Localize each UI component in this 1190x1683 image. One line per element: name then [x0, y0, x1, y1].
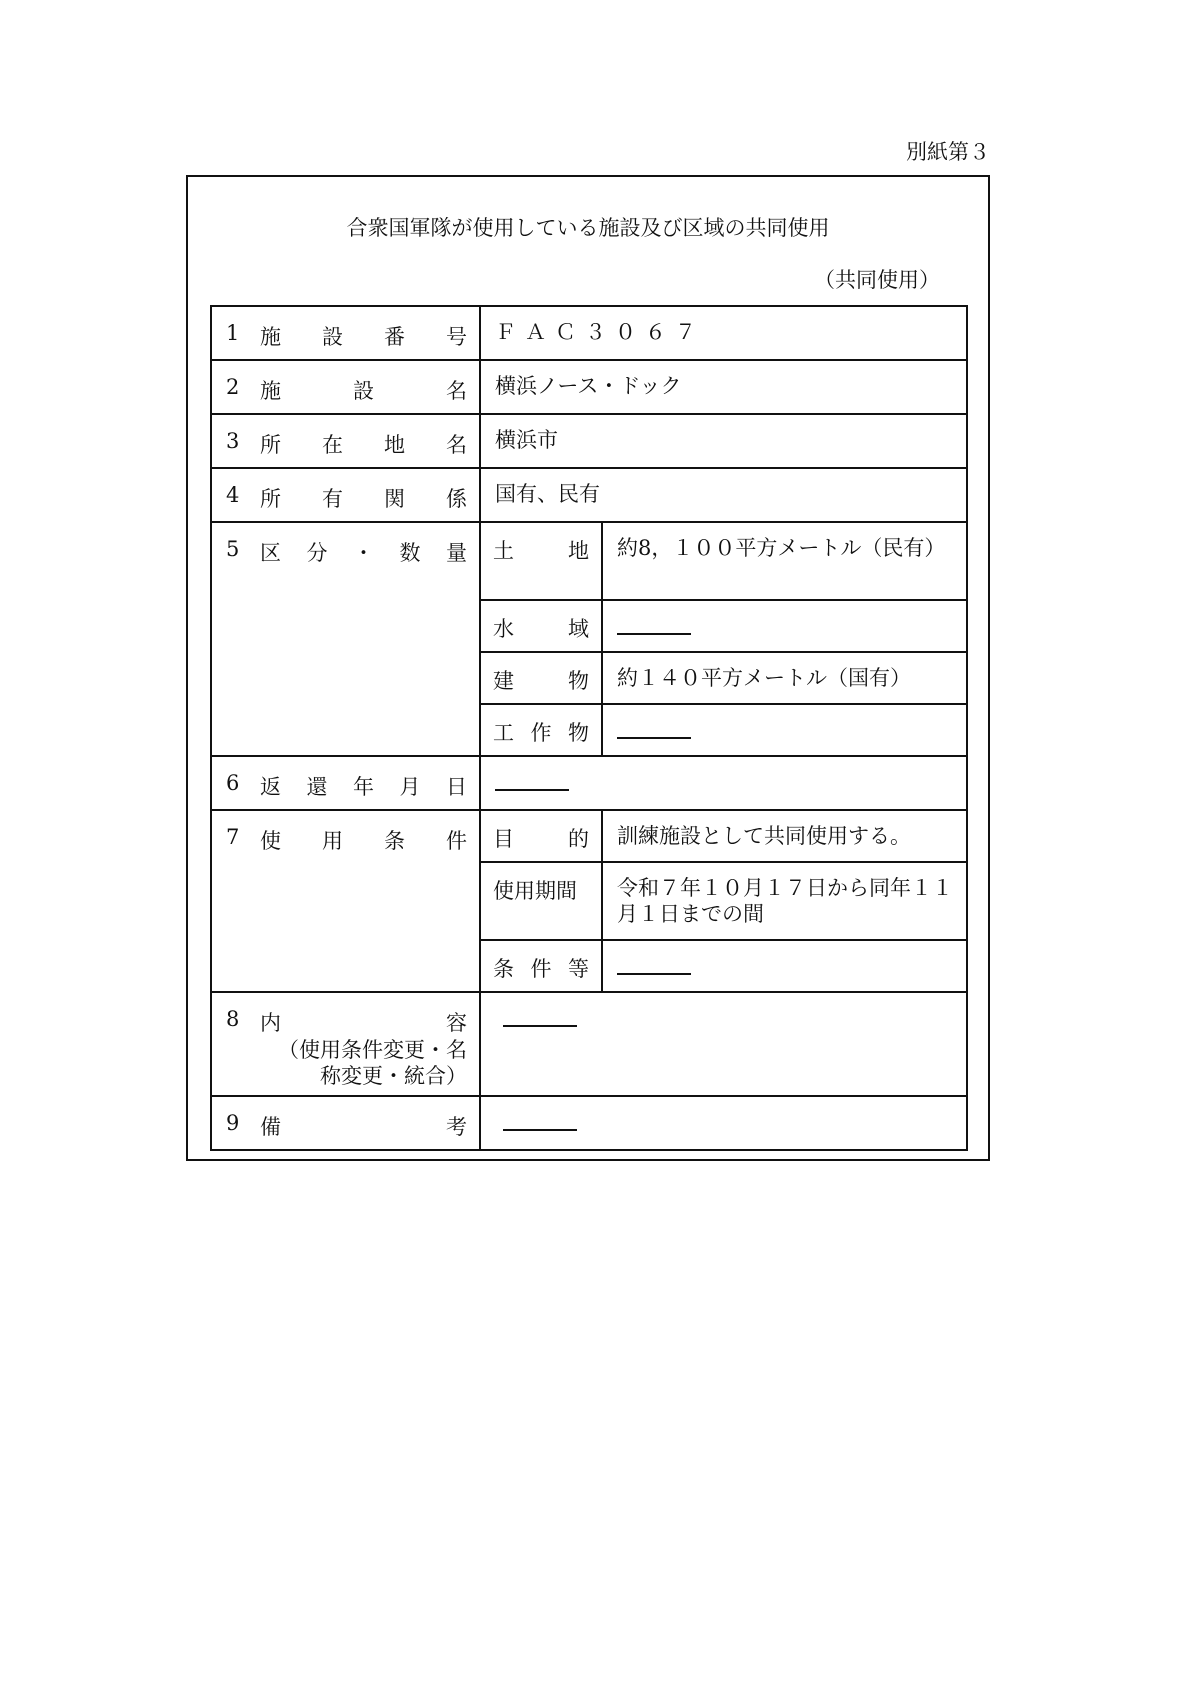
label-cell: 5 区分・数量: [211, 522, 480, 756]
label-char: 設: [353, 375, 374, 413]
label-char: 的: [568, 823, 589, 853]
building-value: 約１４０平方メートル（国有）: [603, 653, 966, 691]
label-char: 等: [568, 953, 589, 983]
label-char: 工: [493, 717, 514, 747]
label-char: 数: [400, 537, 421, 575]
label-cell: 8 内容 （使用条件変更・名称変更・統合）: [211, 992, 480, 1096]
label-char: 日: [446, 771, 467, 809]
row-number: 9: [226, 1111, 260, 1149]
sub-label-cell: 使用期間: [480, 862, 602, 940]
row-return-date: 6 返還年月日: [211, 756, 967, 810]
row-number: 2: [226, 375, 260, 413]
label-char: 係: [446, 483, 467, 521]
label-cell: 6 返還年月日: [211, 756, 480, 810]
label-char: 所: [260, 483, 281, 521]
land-value: 約8，１００平方メートル（民有）: [603, 523, 966, 561]
label-char: 条: [384, 825, 405, 863]
value-cell: 訓練施設として共同使用する。: [602, 810, 967, 862]
row-number: 1: [226, 321, 260, 359]
sub-label-cell: 目的: [480, 810, 602, 862]
row-number: 5: [226, 537, 260, 575]
sub-label-cell: 水域: [480, 600, 602, 652]
facility-name-value: 横浜ノース・ドック: [481, 361, 966, 399]
label-char: 建: [493, 665, 514, 695]
label-char: 関: [384, 483, 405, 521]
label-char: 地: [568, 535, 589, 565]
label-char: 号: [446, 321, 467, 359]
value-cell: 国有、民有: [480, 468, 967, 522]
row-classification-land: 5 区分・数量 土地 約8，１００平方メートル（民有）: [211, 522, 967, 600]
annex-label: 別紙第３: [880, 136, 990, 166]
label-char: 施: [260, 375, 281, 413]
dash-placeholder: [503, 1025, 577, 1027]
value-cell: 令和７年１０月１７日から同年１１月１日までの間: [602, 862, 967, 940]
label-char: 用: [322, 825, 343, 863]
label-char: 在: [322, 429, 343, 467]
label-char: 設: [322, 321, 343, 359]
label-cell: 3 所在地名: [211, 414, 480, 468]
label-char: 地: [384, 429, 405, 467]
label-char: 内: [260, 1007, 281, 1037]
value-cell: [480, 992, 967, 1096]
label-cell: 7 使用条件: [211, 810, 480, 992]
label-char: 物: [568, 665, 589, 695]
label-char: 目: [493, 823, 514, 853]
label-char: 名: [446, 375, 467, 413]
value-cell: [480, 1096, 967, 1150]
value-cell: ＦＡＣ３０６７: [480, 306, 967, 360]
row-number: 4: [226, 483, 260, 521]
label-char: 月: [400, 771, 421, 809]
label-char: 容: [446, 1007, 467, 1037]
label-char: 番: [384, 321, 405, 359]
label-char: 件: [446, 825, 467, 863]
row-facility-number: 1 施設番号 ＦＡＣ３０６７: [211, 306, 967, 360]
location-value: 横浜市: [481, 415, 966, 453]
label-char: 物: [568, 717, 589, 747]
label-char: 区: [260, 537, 281, 575]
sub-label-cell: 土地: [480, 522, 602, 600]
row-usage-purpose: 7 使用条件 目的 訓練施設として共同使用する。: [211, 810, 967, 862]
label-char: 土: [493, 535, 514, 565]
label-char: ・: [353, 537, 374, 575]
period-value: 令和７年１０月１７日から同年１１月１日までの間: [603, 863, 966, 927]
row-number: 7: [226, 825, 260, 863]
ownership-value: 国有、民有: [481, 469, 966, 507]
value-cell: 約１４０平方メートル（国有）: [602, 652, 967, 704]
label-char: 量: [446, 537, 467, 575]
row-content: 8 内容 （使用条件変更・名称変更・統合）: [211, 992, 967, 1096]
label-char: 備: [260, 1111, 281, 1149]
value-cell: [602, 704, 967, 756]
row-number: 3: [226, 429, 260, 467]
sub-label-cell: 条件等: [480, 940, 602, 992]
label-cell: 2 施設名: [211, 360, 480, 414]
label-char: 条: [493, 953, 514, 983]
dash-placeholder: [495, 789, 569, 791]
dash-placeholder: [617, 973, 691, 975]
row-location: 3 所在地名 横浜市: [211, 414, 967, 468]
label-char: 名: [446, 429, 467, 467]
label-char: 還: [307, 771, 328, 809]
value-cell: 横浜ノース・ドック: [480, 360, 967, 414]
label-char: 作: [531, 717, 552, 747]
value-cell: [602, 940, 967, 992]
sub-label-cell: 建物: [480, 652, 602, 704]
row-ownership: 4 所有関係 国有、民有: [211, 468, 967, 522]
label-char: 施: [260, 321, 281, 359]
label-char: 使: [260, 825, 281, 863]
facility-table: 1 施設番号 ＦＡＣ３０６７ 2 施設名 横浜ノース・ドック 3 所在地名 横浜…: [210, 305, 968, 1151]
label-char: 分: [307, 537, 328, 575]
sub-label-cell: 工作物: [480, 704, 602, 756]
label-cell: 1 施設番号: [211, 306, 480, 360]
label-char: 域: [568, 613, 589, 643]
label-char: 水: [493, 613, 514, 643]
label-char: 返: [260, 771, 281, 809]
dash-placeholder: [617, 633, 691, 635]
dash-placeholder: [617, 737, 691, 739]
label-char: 考: [446, 1111, 467, 1149]
label-char: 使用期間: [493, 875, 577, 905]
row-number: 8: [226, 1007, 260, 1037]
row-number: 6: [226, 771, 260, 809]
dash-placeholder: [503, 1129, 577, 1131]
label-char: 所: [260, 429, 281, 467]
row-facility-name: 2 施設名 横浜ノース・ドック: [211, 360, 967, 414]
value-cell: 約8，１００平方メートル（民有）: [602, 522, 967, 600]
document-subtitle: （共同使用）: [760, 264, 940, 294]
label-char: 有: [322, 483, 343, 521]
content-label-note: （使用条件変更・名称変更・統合）: [212, 1037, 479, 1089]
value-cell: [480, 756, 967, 810]
label-char: 年: [353, 771, 374, 809]
purpose-value: 訓練施設として共同使用する。: [603, 811, 966, 849]
value-cell: 横浜市: [480, 414, 967, 468]
document-title: 合衆国軍隊が使用している施設及び区域の共同使用: [186, 212, 990, 242]
value-cell: [602, 600, 967, 652]
row-remarks: 9 備考: [211, 1096, 967, 1150]
label-char: 件: [531, 953, 552, 983]
facility-number-value: ＦＡＣ３０６７: [481, 307, 966, 345]
label-cell: 9 備考: [211, 1096, 480, 1150]
label-cell: 4 所有関係: [211, 468, 480, 522]
